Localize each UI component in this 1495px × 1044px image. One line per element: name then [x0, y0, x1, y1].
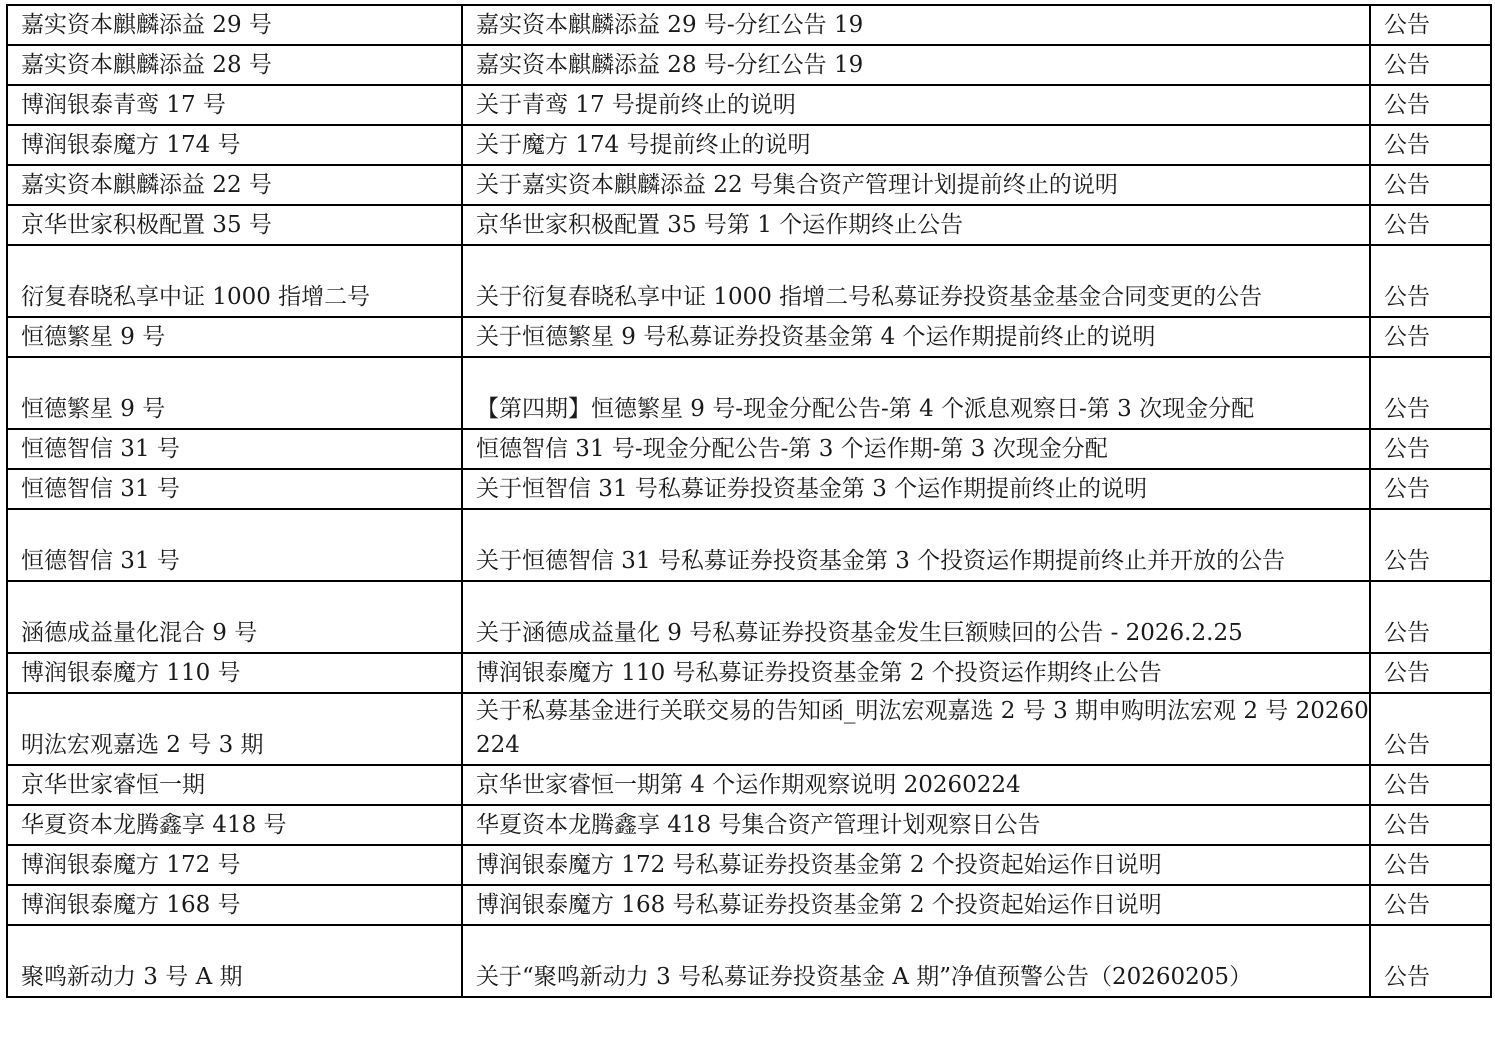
announcement-type-cell: 公告 — [1370, 693, 1491, 765]
announcement-type-cell: 公告 — [1370, 317, 1491, 357]
announcement-type-cell: 公告 — [1370, 5, 1491, 45]
announcement-title-cell[interactable]: 京华世家积极配置 35 号第 1 个运作期终止公告 — [462, 205, 1370, 245]
announcement-type-cell: 公告 — [1370, 125, 1491, 165]
table-row: 恒德繁星 9 号 【第四期】恒德繁星 9 号-现金分配公告-第 4 个派息观察日… — [7, 357, 1491, 429]
announcement-type-cell: 公告 — [1370, 469, 1491, 509]
announcement-title-cell[interactable]: 关于衍复春晓私享中证 1000 指增二号私募证券投资基金基金合同变更的公告 — [462, 245, 1370, 317]
table-row: 华夏资本龙腾鑫享 418 号 华夏资本龙腾鑫享 418 号集合资产管理计划观察日… — [7, 805, 1491, 845]
announcement-type-cell: 公告 — [1370, 765, 1491, 805]
announcement-title-cell[interactable]: 关于“聚鸣新动力 3 号私募证券投资基金 A 期”净值预警公告（20260205… — [462, 925, 1370, 997]
product-name-cell: 涵德成益量化混合 9 号 — [7, 581, 462, 653]
announcement-title-cell[interactable]: 博润银泰魔方 110 号私募证券投资基金第 2 个投资运作期终止公告 — [462, 653, 1370, 693]
announcement-title-cell[interactable]: 嘉实资本麒麟添益 29 号-分红公告 19 — [462, 5, 1370, 45]
announcement-type-cell: 公告 — [1370, 165, 1491, 205]
announcement-title-cell[interactable]: 关于恒德繁星 9 号私募证券投资基金第 4 个运作期提前终止的说明 — [462, 317, 1370, 357]
table-row: 嘉实资本麒麟添益 29 号 嘉实资本麒麟添益 29 号-分红公告 19 公告 — [7, 5, 1491, 45]
announcement-type-cell: 公告 — [1370, 357, 1491, 429]
announcement-type-cell: 公告 — [1370, 245, 1491, 317]
product-name-cell: 博润银泰魔方 174 号 — [7, 125, 462, 165]
announcement-type-cell: 公告 — [1370, 925, 1491, 997]
announcement-type-cell: 公告 — [1370, 805, 1491, 845]
product-name-cell: 明汯宏观嘉选 2 号 3 期 — [7, 693, 462, 765]
product-name-cell: 恒德繁星 9 号 — [7, 317, 462, 357]
table-row: 恒德智信 31 号 恒德智信 31 号-现金分配公告-第 3 个运作期-第 3 … — [7, 429, 1491, 469]
table-row: 博润银泰魔方 110 号 博润银泰魔方 110 号私募证券投资基金第 2 个投资… — [7, 653, 1491, 693]
table-row: 明汯宏观嘉选 2 号 3 期 关于私募基金进行关联交易的告知函_明汯宏观嘉选 2… — [7, 693, 1491, 765]
announcement-type-cell: 公告 — [1370, 85, 1491, 125]
announcement-type-cell: 公告 — [1370, 885, 1491, 925]
product-name-cell: 博润银泰魔方 168 号 — [7, 885, 462, 925]
announcement-type-cell: 公告 — [1370, 429, 1491, 469]
product-name-cell: 聚鸣新动力 3 号 A 期 — [7, 925, 462, 997]
table-row: 京华世家积极配置 35 号 京华世家积极配置 35 号第 1 个运作期终止公告 … — [7, 205, 1491, 245]
product-name-cell: 嘉实资本麒麟添益 28 号 — [7, 45, 462, 85]
announcement-title-cell[interactable]: 嘉实资本麒麟添益 28 号-分红公告 19 — [462, 45, 1370, 85]
product-name-cell: 恒德繁星 9 号 — [7, 357, 462, 429]
announcement-type-cell: 公告 — [1370, 581, 1491, 653]
table-row: 博润银泰青鸾 17 号 关于青鸾 17 号提前终止的说明 公告 — [7, 85, 1491, 125]
announcement-title-cell[interactable]: 关于青鸾 17 号提前终止的说明 — [462, 85, 1370, 125]
product-name-cell: 博润银泰青鸾 17 号 — [7, 85, 462, 125]
product-name-cell: 京华世家睿恒一期 — [7, 765, 462, 805]
table-row: 聚鸣新动力 3 号 A 期 关于“聚鸣新动力 3 号私募证券投资基金 A 期”净… — [7, 925, 1491, 997]
table-row: 恒德智信 31 号 关于恒智信 31 号私募证券投资基金第 3 个运作期提前终止… — [7, 469, 1491, 509]
table-row: 博润银泰魔方 172 号 博润银泰魔方 172 号私募证券投资基金第 2 个投资… — [7, 845, 1491, 885]
announcement-type-cell: 公告 — [1370, 205, 1491, 245]
announcement-title-cell[interactable]: 华夏资本龙腾鑫享 418 号集合资产管理计划观察日公告 — [462, 805, 1370, 845]
announcement-title-cell[interactable]: 关于嘉实资本麒麟添益 22 号集合资产管理计划提前终止的说明 — [462, 165, 1370, 205]
announcement-title-cell[interactable]: 关于恒德智信 31 号私募证券投资基金第 3 个投资运作期提前终止并开放的公告 — [462, 509, 1370, 581]
product-name-cell: 博润银泰魔方 110 号 — [7, 653, 462, 693]
announcement-title-cell[interactable]: 恒德智信 31 号-现金分配公告-第 3 个运作期-第 3 次现金分配 — [462, 429, 1370, 469]
announcement-title-cell[interactable]: 【第四期】恒德繁星 9 号-现金分配公告-第 4 个派息观察日-第 3 次现金分… — [462, 357, 1370, 429]
announcement-table-body: 嘉实资本麒麟添益 29 号 嘉实资本麒麟添益 29 号-分红公告 19 公告 嘉… — [7, 5, 1491, 997]
table-row: 嘉实资本麒麟添益 22 号 关于嘉实资本麒麟添益 22 号集合资产管理计划提前终… — [7, 165, 1491, 205]
announcement-title-cell[interactable]: 博润银泰魔方 172 号私募证券投资基金第 2 个投资起始运作日说明 — [462, 845, 1370, 885]
table-row: 京华世家睿恒一期 京华世家睿恒一期第 4 个运作期观察说明 20260224 公… — [7, 765, 1491, 805]
announcement-title-cell[interactable]: 关于涵德成益量化 9 号私募证券投资基金发生巨额赎回的公告 - 2026.2.2… — [462, 581, 1370, 653]
table-row: 恒德智信 31 号 关于恒德智信 31 号私募证券投资基金第 3 个投资运作期提… — [7, 509, 1491, 581]
announcement-title-cell[interactable]: 博润银泰魔方 168 号私募证券投资基金第 2 个投资起始运作日说明 — [462, 885, 1370, 925]
table-row: 博润银泰魔方 168 号 博润银泰魔方 168 号私募证券投资基金第 2 个投资… — [7, 885, 1491, 925]
announcement-type-cell: 公告 — [1370, 509, 1491, 581]
product-name-cell: 华夏资本龙腾鑫享 418 号 — [7, 805, 462, 845]
announcement-type-cell: 公告 — [1370, 45, 1491, 85]
table-row: 衍复春晓私享中证 1000 指增二号 关于衍复春晓私享中证 1000 指增二号私… — [7, 245, 1491, 317]
product-name-cell: 博润银泰魔方 172 号 — [7, 845, 462, 885]
announcement-title-cell[interactable]: 京华世家睿恒一期第 4 个运作期观察说明 20260224 — [462, 765, 1370, 805]
product-name-cell: 京华世家积极配置 35 号 — [7, 205, 462, 245]
product-name-cell: 恒德智信 31 号 — [7, 429, 462, 469]
product-name-cell: 嘉实资本麒麟添益 22 号 — [7, 165, 462, 205]
product-name-cell: 衍复春晓私享中证 1000 指增二号 — [7, 245, 462, 317]
table-row: 恒德繁星 9 号 关于恒德繁星 9 号私募证券投资基金第 4 个运作期提前终止的… — [7, 317, 1491, 357]
announcement-title-cell[interactable]: 关于魔方 174 号提前终止的说明 — [462, 125, 1370, 165]
announcement-title-cell[interactable]: 关于私募基金进行关联交易的告知函_明汯宏观嘉选 2 号 3 期申购明汯宏观 2 … — [462, 693, 1370, 765]
announcement-title-cell[interactable]: 关于恒智信 31 号私募证券投资基金第 3 个运作期提前终止的说明 — [462, 469, 1370, 509]
announcement-type-cell: 公告 — [1370, 653, 1491, 693]
product-name-cell: 恒德智信 31 号 — [7, 469, 462, 509]
product-name-cell: 恒德智信 31 号 — [7, 509, 462, 581]
table-row: 涵德成益量化混合 9 号 关于涵德成益量化 9 号私募证券投资基金发生巨额赎回的… — [7, 581, 1491, 653]
announcement-table: 嘉实资本麒麟添益 29 号 嘉实资本麒麟添益 29 号-分红公告 19 公告 嘉… — [6, 4, 1492, 998]
product-name-cell: 嘉实资本麒麟添益 29 号 — [7, 5, 462, 45]
table-row: 嘉实资本麒麟添益 28 号 嘉实资本麒麟添益 28 号-分红公告 19 公告 — [7, 45, 1491, 85]
announcement-type-cell: 公告 — [1370, 845, 1491, 885]
table-row: 博润银泰魔方 174 号 关于魔方 174 号提前终止的说明 公告 — [7, 125, 1491, 165]
